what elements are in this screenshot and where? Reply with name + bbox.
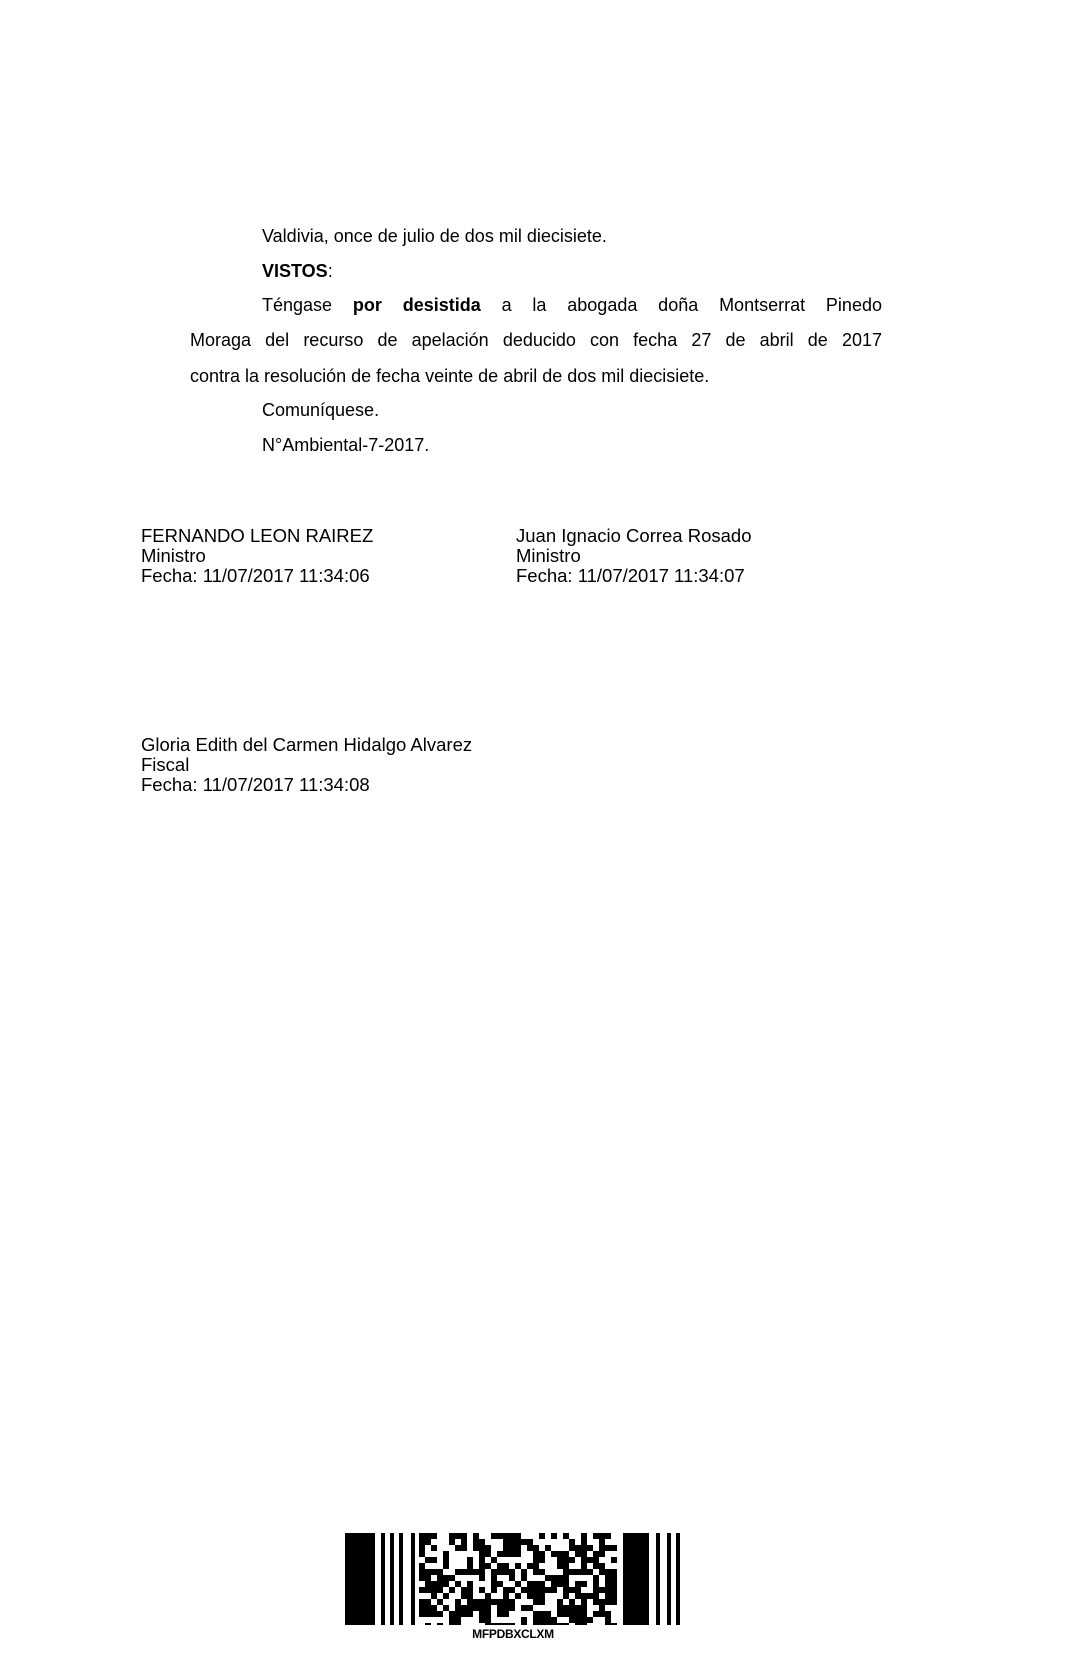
signature-date: Fecha: 11/07/2017 11:34:07 <box>516 566 752 586</box>
pdf417-barcode-icon <box>345 1533 681 1625</box>
paragraph-line-2: Moraga del recurso de apelación deducido… <box>190 330 882 351</box>
signer-name: Gloria Edith del Carmen Hidalgo Alvarez <box>141 735 472 755</box>
paragraph-line-1: Téngase por desistida a la abogada doña … <box>262 295 882 316</box>
place-date: Valdivia, once de julio de dos mil dieci… <box>262 226 607 247</box>
signer-role: Ministro <box>516 546 752 566</box>
paragraph-line-3: contra la resolución de fecha veinte de … <box>190 366 709 387</box>
vistos-label: VISTOS <box>262 261 328 281</box>
signature-date: Fecha: 11/07/2017 11:34:08 <box>141 775 472 795</box>
paragraph-text: Téngase <box>262 295 353 315</box>
bold-desistida: por desistida <box>353 295 481 315</box>
signature-block-1: FERNANDO LEON RAIREZ Ministro Fecha: 11/… <box>141 526 373 586</box>
signature-block-2: Juan Ignacio Correa Rosado Ministro Fech… <box>516 526 752 586</box>
vistos-colon: : <box>328 261 333 281</box>
signer-name: FERNANDO LEON RAIREZ <box>141 526 373 546</box>
signer-role: Ministro <box>141 546 373 566</box>
closing: Comuníquese. <box>262 400 379 421</box>
paragraph-text: a la abogada doña Montserrat Pinedo <box>481 295 882 315</box>
signer-name: Juan Ignacio Correa Rosado <box>516 526 752 546</box>
barcode-code: MFPDBXCLXM <box>345 1627 681 1641</box>
vistos-heading: VISTOS: <box>262 261 333 282</box>
signer-role: Fiscal <box>141 755 472 775</box>
case-number: N°Ambiental-7-2017. <box>262 435 429 456</box>
signature-date: Fecha: 11/07/2017 11:34:06 <box>141 566 373 586</box>
signature-block-3: Gloria Edith del Carmen Hidalgo Alvarez … <box>141 735 472 795</box>
